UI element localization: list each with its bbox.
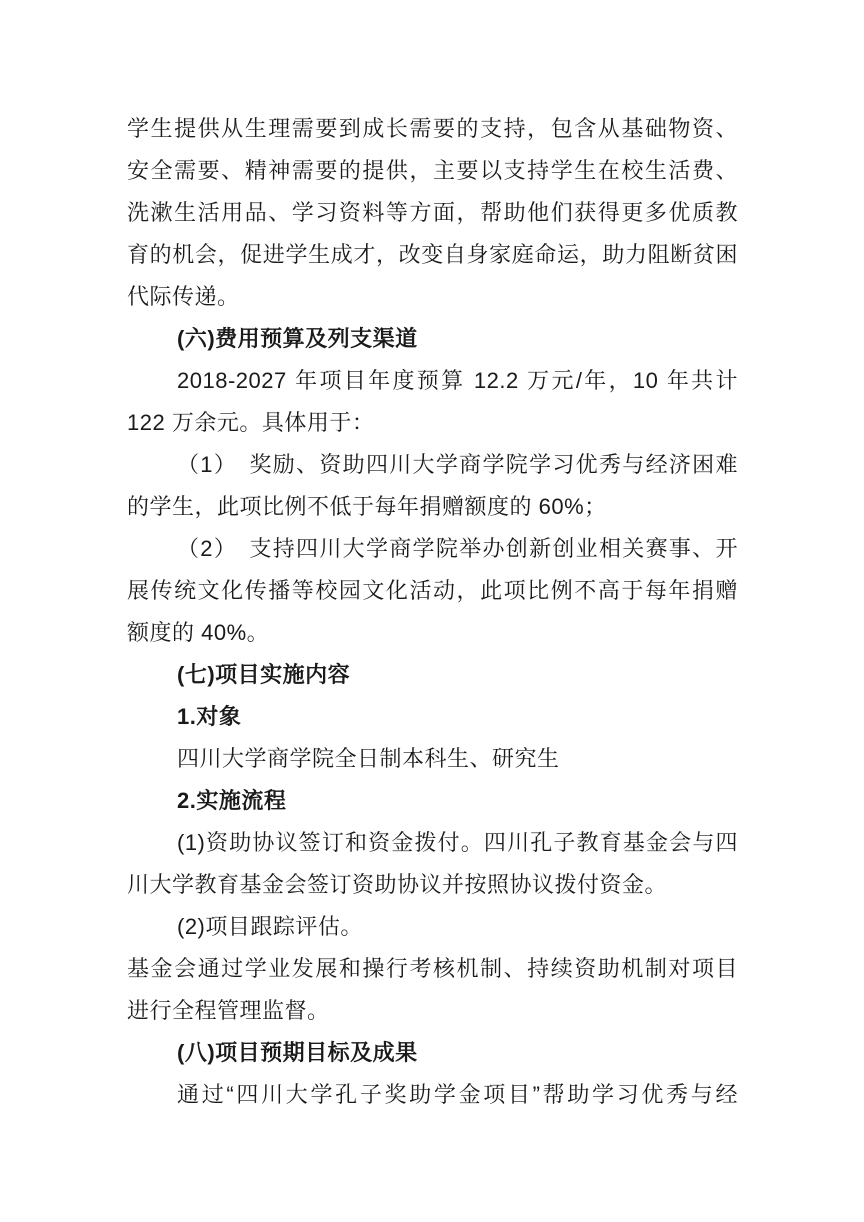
text-line: 展传统文化传播等校园文化活动，此项比例不高于每年捐赠 — [127, 570, 738, 612]
budget-item-2-paragraph: （2） 支持四川大学商学院举办创新创业相关赛事、开展传统文化传播等校园文化活动，… — [127, 528, 738, 654]
text-line: 的学生，此项比例不低于每年捐赠额度的 60%； — [127, 486, 738, 528]
heading-line: (七)项目实施内容 — [127, 654, 738, 696]
subsection-1-heading: 1.对象 — [127, 696, 738, 738]
text-line: 进行全程管理监督。 — [127, 990, 738, 1032]
text-line: 川大学教育基金会签订资助协议并按照协议拨付资金。 — [127, 864, 738, 906]
supervision-paragraph: 基金会通过学业发展和操行考核机制、持续资助机制对项目进行全程管理监督。 — [127, 948, 738, 1032]
heading-line: (八)项目预期目标及成果 — [127, 1032, 738, 1074]
expected-results-paragraph: 通过“四川大学孔子奖助学金项目”帮助学习优秀与经 — [127, 1074, 738, 1116]
section-6-heading: (六)费用预算及列支渠道 — [127, 318, 738, 360]
budget-paragraph: 2018-2027 年项目年度预算 12.2 万元/年，10 年共计122 万余… — [127, 360, 738, 444]
subsection-2-heading: 2.实施流程 — [127, 780, 738, 822]
text-line: (2)项目跟踪评估。 — [127, 906, 738, 948]
text-line: 通过“四川大学孔子奖助学金项目”帮助学习优秀与经 — [127, 1074, 738, 1116]
text-line: 额度的 40%。 — [127, 612, 738, 654]
budget-item-1-paragraph: （1） 奖励、资助四川大学商学院学习优秀与经济困难的学生，此项比例不低于每年捐赠… — [127, 444, 738, 528]
text-line: （2） 支持四川大学商学院举办创新创业相关赛事、开 — [127, 528, 738, 570]
document-page: 学生提供从生理需要到成长需要的支持，包含从基础物资、安全需要、精神需要的提供，主… — [0, 0, 864, 1222]
section-8-heading: (八)项目预期目标及成果 — [127, 1032, 738, 1074]
text-column: 学生提供从生理需要到成长需要的支持，包含从基础物资、安全需要、精神需要的提供，主… — [127, 108, 738, 1116]
text-line: 学生提供从生理需要到成长需要的支持，包含从基础物资、 — [127, 108, 738, 150]
text-line: （1） 奖励、资助四川大学商学院学习优秀与经济困难 — [127, 444, 738, 486]
text-line: 四川大学商学院全日制本科生、研究生 — [127, 738, 738, 780]
text-line: 基金会通过学业发展和操行考核机制、持续资助机制对项目 — [127, 948, 738, 990]
text-line: 安全需要、精神需要的提供，主要以支持学生在校生活费、 — [127, 150, 738, 192]
text-line: 育的机会，促进学生成才，改变自身家庭命运，助力阻断贫困 — [127, 234, 738, 276]
text-line: 2018-2027 年项目年度预算 12.2 万元/年，10 年共计 — [127, 360, 738, 402]
heading-line: 1.对象 — [127, 696, 738, 738]
heading-line: 2.实施流程 — [127, 780, 738, 822]
section-7-heading: (七)项目实施内容 — [127, 654, 738, 696]
heading-line: (六)费用预算及列支渠道 — [127, 318, 738, 360]
process-step-2-paragraph: (2)项目跟踪评估。 — [127, 906, 738, 948]
text-line: (1)资助协议签订和资金拨付。四川孔子教育基金会与四 — [127, 822, 738, 864]
text-line: 洗漱生活用品、学习资料等方面，帮助他们获得更多优质教 — [127, 192, 738, 234]
process-step-1-paragraph: (1)资助协议签订和资金拨付。四川孔子教育基金会与四川大学教育基金会签订资助协议… — [127, 822, 738, 906]
text-line: 122 万余元。具体用于： — [127, 402, 738, 444]
target-group-paragraph: 四川大学商学院全日制本科生、研究生 — [127, 738, 738, 780]
support-description-paragraph: 学生提供从生理需要到成长需要的支持，包含从基础物资、安全需要、精神需要的提供，主… — [127, 108, 738, 318]
text-line: 代际传递。 — [127, 276, 738, 318]
